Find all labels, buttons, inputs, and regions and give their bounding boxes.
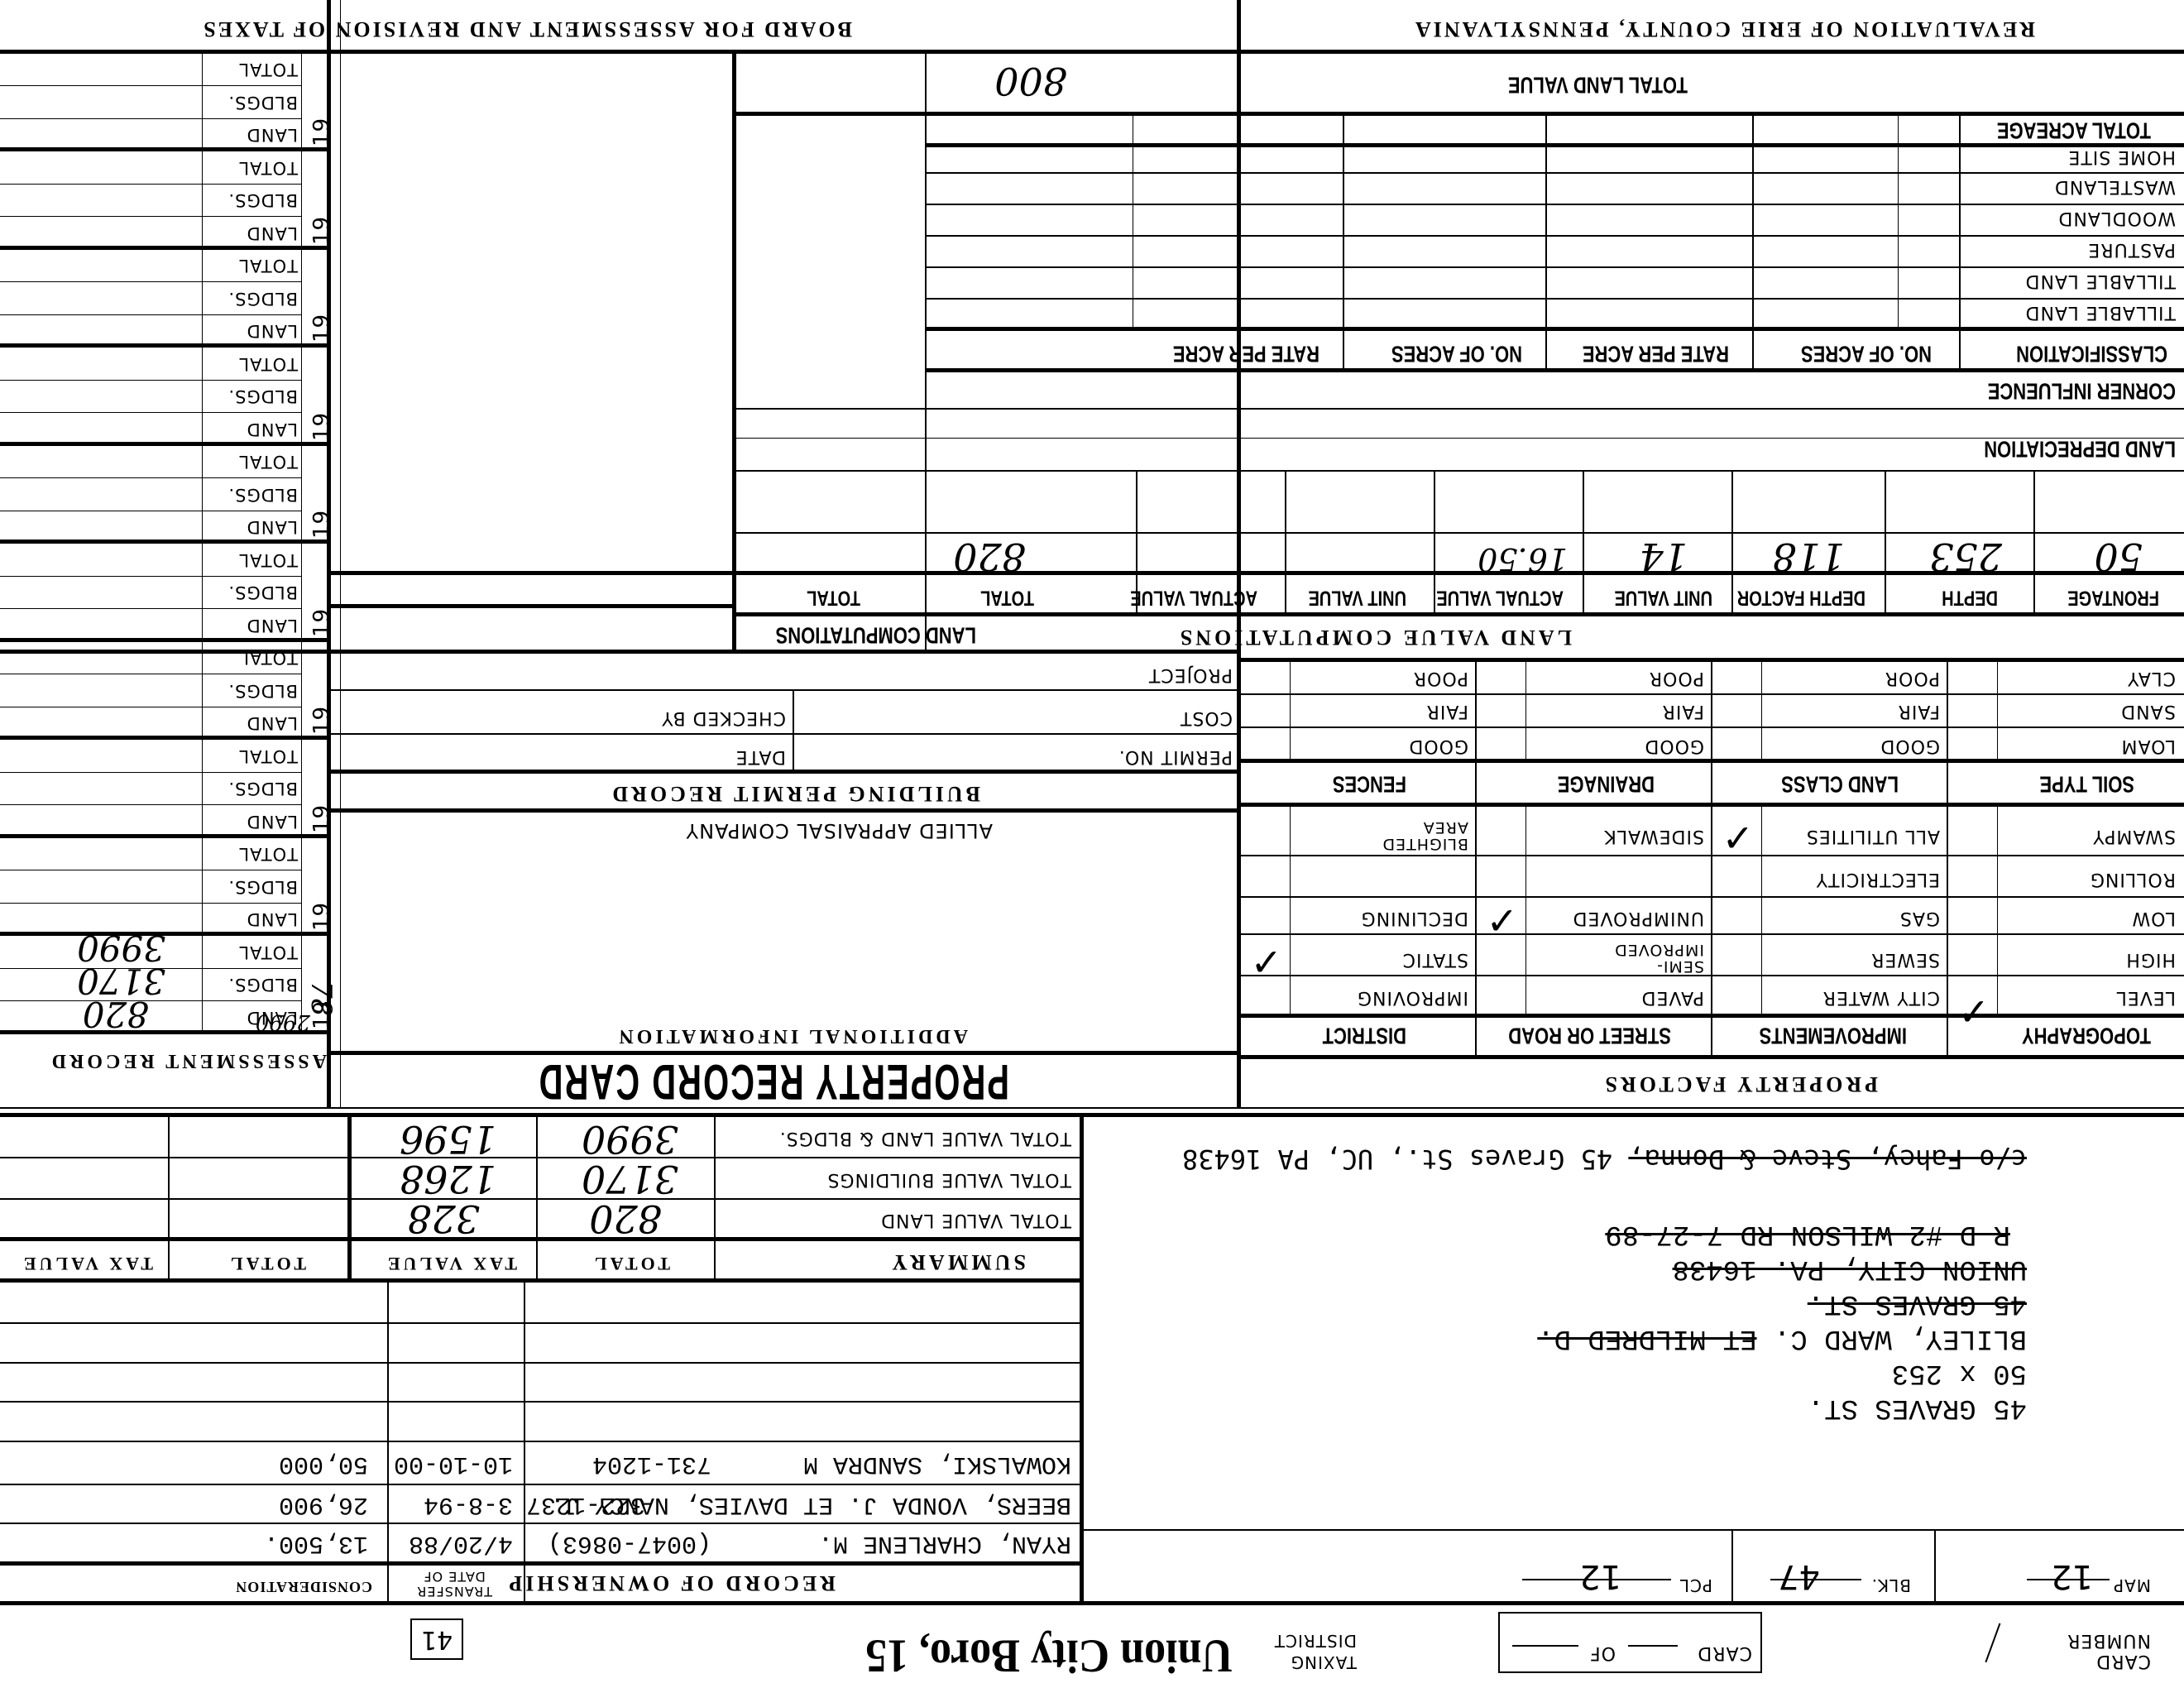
care-of-line: c/o Fahey, Steve & Donna, 45 Graves St.,…	[1182, 1144, 2027, 1175]
row-divider	[927, 204, 2184, 205]
divider	[1731, 1531, 1733, 1605]
divider	[1343, 116, 1344, 372]
taxing-label: TAXING	[1291, 1652, 1357, 1672]
assessment-row-label: LAND	[247, 616, 298, 635]
divider	[1761, 662, 1762, 763]
divider	[1947, 662, 1948, 807]
depth-header: DEPTH	[1942, 585, 1998, 609]
depth-factor-value[interactable]: 118	[1772, 535, 1845, 579]
divider	[1959, 116, 1961, 372]
divider	[1084, 1529, 2184, 1531]
divider	[340, 0, 341, 1109]
divider	[1583, 472, 1584, 616]
row-divider	[0, 217, 302, 218]
row-divider	[0, 772, 302, 773]
divider	[1285, 472, 1286, 616]
divider	[331, 808, 1241, 813]
owner-lot-size: 50 x 253	[1892, 1357, 2027, 1388]
actual-value-value[interactable]: 16.50	[1478, 541, 1568, 578]
depth-value[interactable]: 253	[1929, 535, 2002, 579]
project-label: PROJECT	[1148, 664, 1233, 685]
row-divider	[1241, 855, 2184, 856]
divider	[331, 571, 2184, 575]
divider	[1136, 472, 1137, 616]
factor-gas[interactable]: GAS	[1899, 908, 1940, 928]
assessment-row-label: TOTAL	[238, 158, 298, 178]
card-number-slash	[1984, 1623, 2001, 1662]
row-divider	[0, 1362, 1084, 1364]
total-acreage-label: TOTAL ACREAGE	[1997, 117, 2151, 144]
card-label: CARD	[2095, 1651, 2151, 1671]
drainage-header: DRAINAGE	[1558, 770, 1655, 798]
frontage-header: FRONTAGE	[2067, 585, 2159, 609]
summary-row-label: TOTAL VALUE LAND	[880, 1210, 1071, 1230]
divider	[0, 442, 331, 446]
pcl-label: PCL	[1679, 1575, 1712, 1595]
assessment-row-label: LAND	[247, 420, 298, 439]
row-divider	[927, 235, 2184, 237]
divider	[0, 650, 1241, 654]
blk-label: BLK.	[1871, 1575, 1911, 1595]
row-divider	[331, 733, 1241, 735]
owner-address-line: 45 GRAVES ST.	[1808, 1392, 2027, 1423]
consideration-cell: 50,000	[279, 1450, 368, 1478]
deed-ref-cell: 322-1237	[526, 1490, 645, 1518]
row-divider	[0, 1157, 1084, 1158]
summary-title: SUMMARY	[888, 1249, 1026, 1274]
soil-loam[interactable]: LOAM	[2121, 736, 2176, 756]
acres-header-2: NO. OF ACRES	[1391, 340, 1522, 367]
divider	[1711, 662, 1712, 807]
acreage-row-home-site: HOME SITE	[2067, 146, 2176, 167]
owner-name-line: BLILEY, WARD C. ET MILDRED D.	[1537, 1322, 2027, 1354]
divider	[1752, 116, 1754, 372]
card-of-box[interactable]: CARD OF	[1498, 1612, 1762, 1673]
divider	[327, 0, 331, 1109]
land-class-fair[interactable]: FAIR	[1898, 701, 1940, 722]
row-divider	[0, 413, 302, 414]
soil-clay[interactable]: CLAY	[2127, 668, 2176, 688]
actual-value-header: ACTUAL VALUE	[1436, 585, 1564, 609]
divider	[2033, 472, 2035, 616]
factor-blighted-area[interactable]: BLIGHTED AREA	[1336, 819, 1468, 852]
consideration-cell: 26,900	[279, 1490, 368, 1518]
divider	[331, 604, 736, 608]
additional-info-title: ADDITIONAL INFORMATION	[615, 1024, 968, 1047]
divider	[1545, 116, 1547, 372]
year-prefix: 19	[309, 902, 334, 931]
drainage-poor[interactable]: POOR	[1649, 668, 1704, 688]
divider	[0, 933, 331, 937]
unit-value-header: UNIT VALUE	[1614, 585, 1712, 609]
row-divider	[0, 707, 302, 707]
divider	[1525, 807, 1526, 1018]
row-divider	[0, 576, 302, 577]
summary-total-header: TOTAL	[591, 1253, 670, 1274]
map-value[interactable]: 12	[2051, 1557, 2093, 1595]
county-title: REVALUATION OF ERIE COUNTY, PENNSYLVANIA	[1413, 17, 2035, 41]
taxing-district-value: Union City Boro, 15	[865, 1628, 1233, 1682]
row-divider	[0, 805, 302, 806]
divider	[0, 540, 331, 544]
assessment-row-label: TOTAL	[238, 746, 298, 766]
district-header: DISTRICT	[1323, 1022, 1406, 1049]
frontage-value[interactable]: 50	[2094, 535, 2143, 579]
divider	[0, 1561, 1084, 1566]
row-divider	[0, 118, 302, 119]
care-of-struck: c/o Fahey, Steve & Donna,	[1628, 1144, 2027, 1175]
permit-cost-label: COST	[1180, 707, 1233, 728]
row-divider	[0, 282, 302, 283]
factor-improving[interactable]: IMPROVING	[1357, 987, 1468, 1008]
divider	[0, 638, 331, 642]
divider	[202, 54, 203, 1034]
fences-header: FENCES	[1333, 770, 1406, 798]
acreage-row-woodland: WOODLAND	[2057, 208, 2176, 228]
fences-poor[interactable]: POOR	[1413, 668, 1468, 688]
actual-value-header-2: ACTUAL VALUE	[1130, 585, 1257, 609]
soil-type-header: SOIL TYPE	[2039, 770, 2134, 798]
divider	[1997, 662, 1998, 763]
divider	[927, 368, 2184, 372]
card-number-label: CARDNUMBER	[2067, 1630, 2151, 1671]
row-divider	[0, 903, 302, 904]
summary-bldgs-tax-value[interactable]: 1268	[400, 1157, 496, 1201]
divider	[927, 143, 2184, 147]
divider	[1241, 1055, 2184, 1059]
divider	[1290, 807, 1291, 1018]
summary-row-label: TOTAL VALUE BUILDINGS	[827, 1169, 1071, 1190]
year-prefix: 19	[309, 608, 334, 637]
consideration-cell: 13,500.	[264, 1529, 368, 1557]
assessment-row-label: BLDGS.	[227, 681, 298, 701]
factor-sewer[interactable]: SEWER	[1870, 949, 1940, 970]
checked-by-label: CHECKED BY	[661, 707, 786, 728]
owner-name-cell: RYAN, CHARLENE M.	[818, 1529, 1071, 1557]
summary-row-label: TOTAL VALUE LAND & BLDGS.	[779, 1128, 1071, 1149]
assessment-row-label: LAND	[247, 910, 298, 930]
factor-semi-improved[interactable]: SEMI-IMPROVED	[1580, 942, 1704, 975]
row-divider	[927, 172, 2184, 174]
factor-sidewalk[interactable]: SIDEWALK	[1603, 826, 1704, 846]
divider	[1731, 472, 1733, 616]
taxing-district-label: TAXINGDISTRICT	[1274, 1630, 1357, 1673]
owner-name-cell: KOWALSKI, SANDRA M	[803, 1450, 1071, 1478]
acreage-row-pasture: PASTURE	[2087, 239, 2176, 260]
divider	[0, 344, 331, 348]
transfer-date-cell: 10-10-00	[394, 1450, 513, 1478]
assessment-row-label: TOTAL	[238, 257, 298, 276]
divider	[927, 327, 2184, 331]
corner-influence-label: CORNER INFLUENCE	[1988, 377, 2176, 405]
drainage-fair[interactable]: FAIR	[1662, 701, 1704, 722]
date-transfer-header: TRANSFERDATE OF	[416, 1569, 492, 1599]
factor-rolling[interactable]: ROLLING	[2090, 869, 2176, 890]
row-divider	[0, 1198, 1084, 1200]
divider	[331, 1051, 1241, 1055]
acreage-row-tillable: TILLABLE LAND	[2025, 302, 2176, 323]
divider	[347, 1117, 352, 1283]
row-divider	[1241, 975, 2184, 976]
check-mark-icon: ✓	[1486, 899, 1518, 943]
year-prefix: 19	[309, 804, 334, 833]
row-divider	[736, 408, 2184, 410]
soil-sand[interactable]: SAND	[2120, 701, 2176, 722]
assessment-row-label: BLDGS.	[227, 976, 298, 995]
factor-static[interactable]: STATIC	[1402, 949, 1468, 970]
deed-ref-cell: (0047-0863)	[548, 1529, 711, 1557]
row-divider	[331, 689, 1241, 691]
factor-paved[interactable]: PAVED	[1641, 987, 1704, 1008]
check-mark-icon: ✓	[1722, 816, 1754, 861]
divider	[1761, 807, 1762, 1018]
row-divider	[0, 1523, 1084, 1524]
assessment-row-label: BLDGS.	[227, 387, 298, 407]
divider	[1475, 662, 1477, 807]
row-divider	[927, 298, 2184, 300]
fences-fair[interactable]: FAIR	[1426, 701, 1468, 722]
summary-combined-total[interactable]: 3990	[582, 1117, 678, 1162]
assessment-row-label: TOTAL	[238, 942, 298, 962]
year-prefix: 19	[309, 706, 334, 735]
row-divider	[0, 314, 302, 315]
care-of-address: 45 Graves St., UC, PA 16438	[1182, 1144, 1612, 1175]
assessment-row-label: TOTAL	[238, 453, 298, 472]
old-address-struck: 45 GRAVES ST.	[1808, 1288, 2027, 1319]
row-divider	[0, 609, 302, 610]
year-prefix: 19	[309, 117, 334, 146]
divider	[0, 148, 331, 152]
assessment-row-label: BLDGS.	[227, 583, 298, 603]
summary-combined-tax-value[interactable]: 1596	[400, 1117, 496, 1162]
assessment-row-label: BLDGS.	[227, 93, 298, 113]
consideration-header: CONSIDERATION	[235, 1578, 372, 1595]
factor-all-utilities[interactable]: ALL UTILITIES	[1806, 826, 1940, 846]
divider	[0, 1278, 1084, 1283]
assessment-margin-note: 2990	[256, 1009, 310, 1034]
factor-low[interactable]: LOW	[2131, 908, 2176, 928]
divider	[1241, 1014, 2184, 1018]
row-divider	[0, 86, 302, 87]
summary-tax-value-header-2: TAX VALUE	[21, 1253, 153, 1274]
assessment-total-value[interactable]: 3990	[77, 928, 165, 968]
land-computations-title: LAND COMPUTATIONS	[776, 621, 976, 649]
factor-declining[interactable]: DECLINING	[1361, 908, 1468, 928]
divider	[0, 1601, 2184, 1605]
row-divider	[0, 870, 302, 871]
land-depreciation-label: LAND DEPRECIATION	[1984, 435, 2176, 463]
total-header: TOTAL	[980, 585, 1034, 609]
assessment-row-label: BLDGS.	[227, 485, 298, 505]
total-land-value-label: TOTAL LAND VALUE	[1508, 71, 1688, 98]
assessment-row-label: TOTAL	[238, 649, 298, 669]
divider	[0, 1113, 2184, 1117]
assessment-record-title: ASSESSMENT RECORD	[49, 1049, 327, 1072]
assessment-row-label: LAND	[247, 714, 298, 734]
row-divider	[0, 1322, 1084, 1324]
summary-bldgs-total[interactable]: 3170	[582, 1157, 678, 1201]
land-class-header: LAND CLASS	[1781, 770, 1899, 798]
divider	[1525, 662, 1526, 763]
divider	[1241, 759, 2184, 763]
assessment-row-label: TOTAL	[238, 845, 298, 865]
divider	[1237, 0, 1241, 1109]
property-record-card: CARDNUMBER CARD OF TAXINGDISTRICT Union …	[0, 0, 2184, 1688]
year-prefix: 19	[309, 510, 334, 539]
summary-total-header-2: TOTAL	[227, 1253, 306, 1274]
classification-header: CLASSIFICATION	[2016, 340, 2167, 367]
permit-date-label: DATE	[735, 746, 786, 767]
map-label: MAP	[2113, 1575, 2151, 1595]
row-divider	[0, 380, 302, 381]
permit-no-label: PERMIT NO.	[1118, 746, 1233, 767]
row-divider	[0, 1441, 1084, 1442]
divider	[524, 1283, 525, 1605]
divider	[1434, 472, 1435, 616]
divider	[301, 54, 302, 1034]
topography-header: TOPOGRAPHY	[2022, 1022, 2151, 1049]
factor-level[interactable]: LEVEL	[2116, 987, 2176, 1008]
divider	[1885, 472, 1886, 616]
divider	[536, 1117, 538, 1283]
summary-tax-value-header: TAX VALUE	[385, 1253, 517, 1274]
divider	[1997, 807, 1998, 1018]
total-land-value[interactable]: 800	[994, 59, 1067, 103]
assessment-row-label: BLDGS.	[227, 877, 298, 897]
drainage-good[interactable]: GOOD	[1644, 736, 1704, 756]
divider	[331, 770, 1241, 774]
depth-factor-header: DEPTH FACTOR	[1737, 585, 1865, 609]
factor-unimproved[interactable]: UNIMPROVED	[1573, 908, 1704, 928]
assessment-row-label: BLDGS.	[227, 289, 298, 309]
divider	[0, 246, 331, 250]
divider	[1290, 662, 1291, 763]
assessment-row-label: TOTAL	[238, 550, 298, 570]
land-total-value[interactable]: 820	[953, 535, 1026, 579]
check-mark-icon: ✓	[1250, 940, 1282, 985]
street-or-road-header: STREET OR ROAD	[1508, 1022, 1671, 1049]
land-value-title: LAND VALUE COMPUTATIONS	[1177, 625, 1572, 650]
row-divider	[927, 266, 2184, 268]
divider	[1241, 658, 2184, 662]
divider	[793, 691, 794, 774]
transfer-label: TRANSFER	[416, 1584, 492, 1599]
year-prefix: 19	[309, 216, 334, 245]
owner-name: BLILEY, WARD C.	[1774, 1322, 2027, 1354]
row-divider	[736, 438, 2184, 439]
year-prefix: 19	[309, 314, 334, 343]
unit-value-value[interactable]: 14	[1639, 535, 1688, 579]
card-of-label: CARD	[1697, 1642, 1752, 1663]
appraisal-company: ALLIED APPRAISAL COMPANY	[686, 819, 994, 842]
district-label: DISTRICT	[1274, 1631, 1357, 1651]
row-divider	[736, 532, 2184, 534]
property-factors-title: PROPERTY FACTORS	[1602, 1072, 1878, 1096]
divider	[732, 54, 736, 654]
row-divider	[0, 478, 302, 479]
divider	[1080, 1113, 1084, 1605]
board-title: BOARD FOR ASSESSMENT AND REVISION OF TAX…	[201, 17, 852, 41]
factor-high[interactable]: HIGH	[2125, 949, 2176, 970]
improvements-header: IMPROVEMENTS	[1760, 1022, 1907, 1049]
land-class-good[interactable]: GOOD	[1880, 736, 1940, 756]
number-label: NUMBER	[2067, 1630, 2151, 1651]
summary-land-tax-value[interactable]: 328	[407, 1196, 480, 1241]
year-prefix: 19	[309, 412, 334, 441]
divider	[387, 1283, 389, 1605]
row-divider	[1241, 693, 2184, 695]
land-class-poor[interactable]: POOR	[1885, 668, 1940, 688]
old-rd-struck: R D #2 WILSON RD 7-27-89	[1605, 1218, 2010, 1249]
row-divider	[1241, 727, 2184, 728]
card-title: PROPERTY RECORD CARD	[538, 1053, 1009, 1109]
divider	[714, 1117, 716, 1283]
box-number: 41	[410, 1618, 463, 1660]
rate-per-acre-header-2: RATE PER ACRE	[1173, 340, 1319, 367]
row-divider	[1241, 896, 2184, 898]
divider	[736, 112, 2184, 116]
assessment-row-label: LAND	[247, 812, 298, 832]
of-blank	[1512, 1645, 1578, 1647]
divider	[1241, 803, 2184, 807]
divider	[168, 1117, 170, 1283]
building-permit-title: BUILDING PERMIT RECORD	[609, 781, 980, 806]
assessment-row-label: TOTAL	[238, 354, 298, 374]
owner-name-struck: ET MILDRED D.	[1537, 1322, 1756, 1354]
of-label: OF	[1589, 1642, 1616, 1663]
divider	[0, 50, 2184, 54]
divider	[0, 834, 331, 838]
old-city-struck: UNION CITY, PA. 16438	[1673, 1253, 2027, 1284]
assessment-row-label: LAND	[247, 518, 298, 538]
rate-per-acre-header: RATE PER ACRE	[1583, 340, 1729, 367]
divider	[736, 612, 2184, 616]
row-divider	[736, 470, 2184, 472]
card-blank	[1628, 1645, 1678, 1647]
row-divider	[0, 1401, 1084, 1403]
factor-electricity[interactable]: ELECTRICITY	[1816, 869, 1940, 890]
pcl-value[interactable]: 12	[1579, 1557, 1621, 1595]
factor-swampy[interactable]: SWAMPY	[2092, 826, 2176, 846]
transfer-date-cell: 4/20/88	[409, 1529, 513, 1557]
assessment-row-label: LAND	[247, 322, 298, 342]
assessment-row-label: LAND	[247, 126, 298, 146]
summary-land-total[interactable]: 820	[589, 1196, 662, 1241]
row-divider	[0, 1484, 1084, 1485]
row-divider	[0, 184, 302, 185]
deed-ref-cell: 731-1204	[592, 1450, 711, 1478]
row-divider	[0, 511, 302, 511]
total-header-2: TOTAL	[807, 585, 860, 609]
divider	[0, 1237, 1084, 1241]
check-mark-icon: ✓	[1957, 990, 1990, 1034]
ownership-title: RECORD OF OWNERSHIP	[505, 1571, 836, 1595]
acreage-row-wasteland: WASTELAND	[2054, 176, 2176, 197]
row-divider	[1241, 933, 2184, 935]
acreage-row-tillable-2: TILLABLE LAND	[2025, 271, 2176, 291]
assessment-row-label: BLDGS.	[227, 191, 298, 211]
blk-value[interactable]: 47	[1778, 1557, 1820, 1595]
assessment-row-label: TOTAL	[238, 60, 298, 80]
divider	[0, 736, 331, 741]
transfer-date-cell: 3-8-94	[424, 1490, 513, 1518]
divider	[1934, 1531, 1936, 1605]
fences-good[interactable]: GOOD	[1408, 736, 1468, 756]
unit-value-header-2: UNIT VALUE	[1308, 585, 1406, 609]
date-of-label: DATE OF	[423, 1569, 486, 1585]
assessment-row-label: LAND	[247, 223, 298, 243]
factor-city-water[interactable]: CITY WATER	[1822, 987, 1940, 1008]
